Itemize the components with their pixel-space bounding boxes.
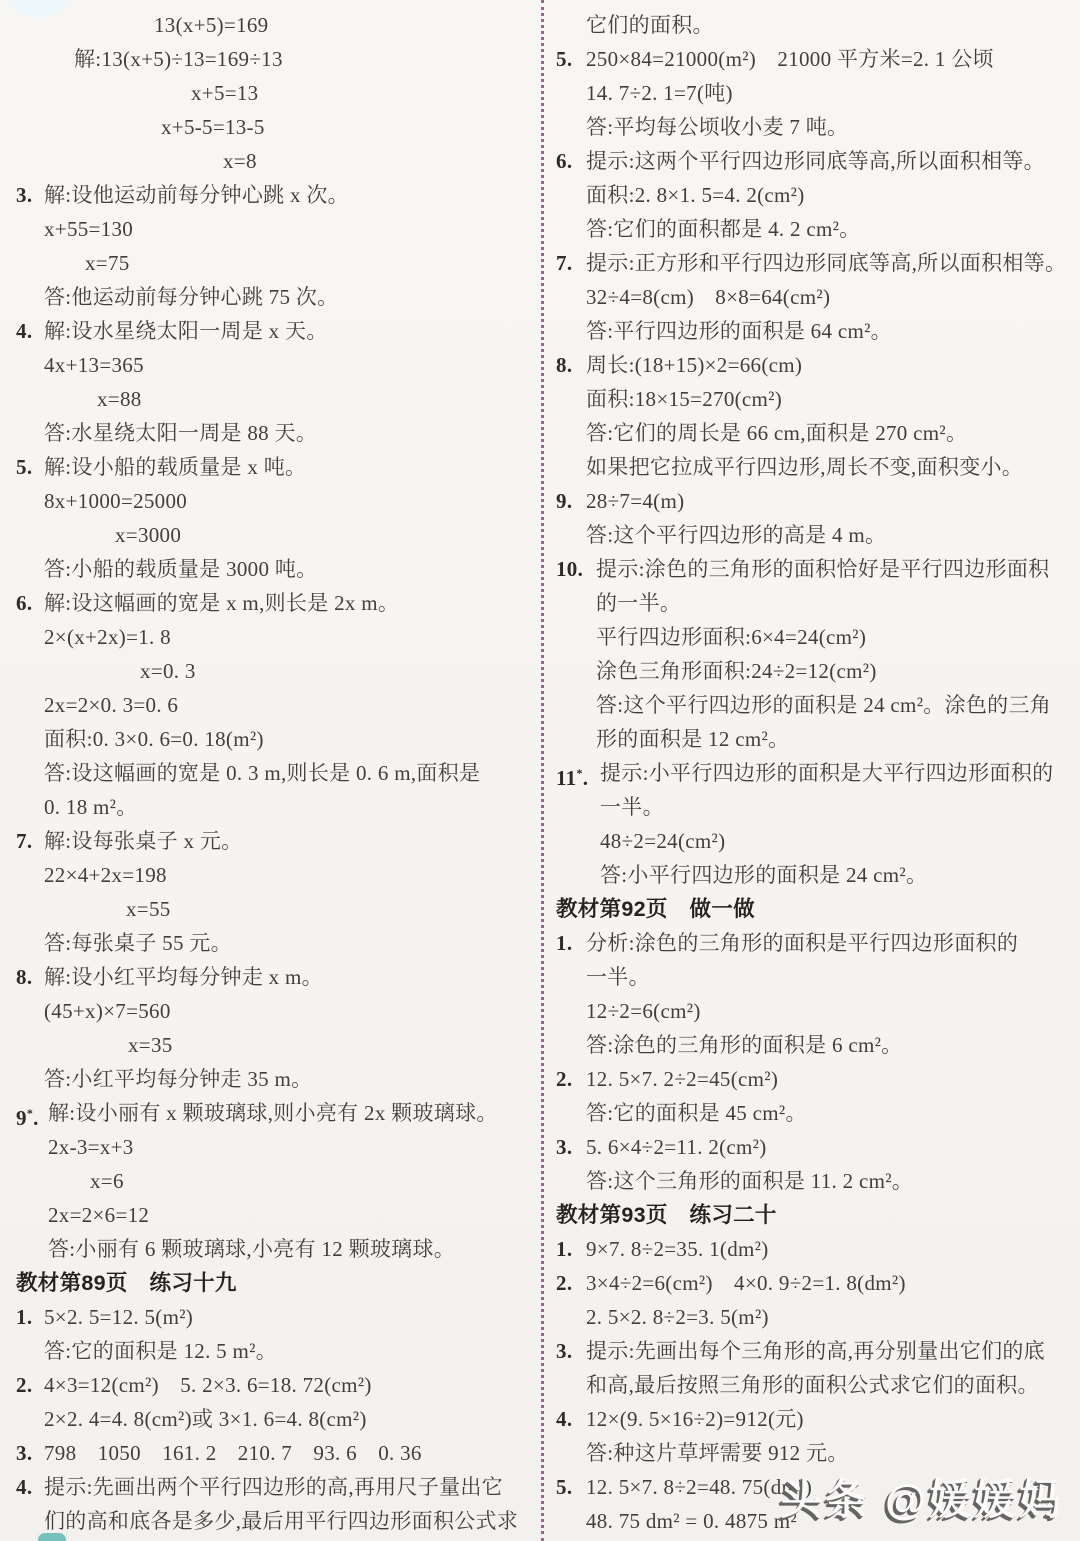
answer-line: x=35 [16, 1028, 528, 1062]
answer-line: x=3000 [16, 518, 528, 552]
answer-line: 2x=2×6=12 [16, 1198, 528, 1232]
answer-line: x=75 [16, 246, 528, 280]
answer-text: 提示:这两个平行四边形同底等高,所以面积相等。 [586, 149, 1045, 173]
answer-line: 答:小红平均每分钟走 35 m。 [16, 1062, 528, 1096]
answer-line: 3.5. 6×4÷2=11. 2(cm²) [556, 1130, 1072, 1164]
answer-text: 22×4+2x=198 [44, 863, 167, 887]
answer-text: 它们的面积。 [586, 13, 714, 37]
answer-text: 答:种这片草坪需要 912 元。 [586, 1441, 849, 1465]
answer-text: 提示:正方形和平行四边形同底等高,所以面积相等。 [586, 251, 1066, 275]
item-number: 2. [556, 1266, 572, 1300]
answer-text: 14. 7÷2. 1=7(吨) [586, 81, 733, 105]
answer-text: 解:设每张桌子 x 元。 [44, 829, 242, 853]
answer-line: 10.提示:涂色的三角形的面积恰好是平行四边形面积 [556, 552, 1072, 586]
answer-text: 2. 5×2. 8÷2=3. 5(m²) [586, 1305, 769, 1329]
answer-line: 2×(x+2x)=1. 8 [16, 620, 528, 654]
item-number: 3. [16, 1436, 32, 1470]
answer-line: 答:涂色的三角形的面积是 6 cm²。 [556, 1028, 1072, 1062]
answer-line: 形的面积是 12 cm²。 [556, 722, 1072, 756]
answer-line: 7.提示:正方形和平行四边形同底等高,所以面积相等。 [556, 246, 1072, 280]
item-number: 3. [16, 178, 32, 212]
answer-text: 2×2. 4=4. 8(cm²)或 3×1. 6=4. 8(cm²) [44, 1407, 367, 1431]
answer-text: x=35 [128, 1033, 173, 1057]
answer-text: 答:它的面积是 12. 5 m²。 [44, 1339, 277, 1363]
answer-line: 8x+1000=25000 [16, 484, 528, 518]
answer-line: 一半。 [556, 960, 1072, 994]
answer-line: 和高,最后按照三角形的面积公式求它们的面积。 [556, 1368, 1072, 1402]
answer-line: 答:小船的载质量是 3000 吨。 [16, 552, 528, 586]
answer-line: 4.提示:先画出两个平行四边形的高,再用尺子量出它 [16, 1470, 528, 1504]
answer-text: 12×(9. 5×16÷2)=912(元) [586, 1407, 804, 1431]
item-number: 6. [16, 586, 32, 620]
section-heading: 教材第89页 练习十九 [16, 1266, 528, 1300]
answer-text: 答:这个三角形的面积是 11. 2 cm²。 [586, 1169, 913, 1193]
answer-text: 解:设他运动前每分钟心跳 x 次。 [44, 183, 349, 207]
answer-line: 7.解:设每张桌子 x 元。 [16, 824, 528, 858]
answer-text: 一半。 [586, 965, 650, 989]
answer-text: 答:每张桌子 55 元。 [44, 931, 232, 955]
answer-line: 答:它们的周长是 66 cm,面积是 270 cm²。 [556, 416, 1072, 450]
item-number: 3. [556, 1334, 572, 1368]
answer-text: 12. 5×7. 8÷2=48. 75(dm²) [586, 1475, 812, 1499]
answer-text: 48÷2=24(cm²) [600, 829, 725, 853]
answer-text: 8x+1000=25000 [44, 489, 187, 513]
answer-text: x=6 [90, 1169, 124, 1193]
answer-text: 答:这个平行四边形的高是 4 m。 [586, 523, 886, 547]
answer-line: x=8 [16, 144, 528, 178]
answer-text: 2x=2×0. 3=0. 6 [44, 693, 178, 717]
item-number: 1. [556, 1232, 572, 1266]
answer-line: 答:平均每公顷收小麦 7 吨。 [556, 110, 1072, 144]
answer-text: 一半。 [600, 795, 664, 819]
column-divider [541, 0, 544, 1541]
answer-text: 答:平行四边形的面积是 64 cm²。 [586, 319, 892, 343]
answer-line: 答:小平行四边形的面积是 24 cm²。 [556, 858, 1072, 892]
answer-text: 涂色三角形面积:24÷2=12(cm²) [596, 659, 877, 683]
answer-text: 解:设小红平均每分钟走 x m。 [44, 965, 323, 989]
answer-text: 答:它的面积是 45 cm²。 [586, 1101, 807, 1125]
answer-line: 平行四边形面积:6×4=24(cm²) [556, 620, 1072, 654]
answer-line: 答:他运动前每分钟心跳 75 次。 [16, 280, 528, 314]
answer-text: x+5-5=13-5 [161, 115, 265, 139]
heading-text: 教材第89页 练习十九 [16, 1271, 237, 1295]
answer-line: 9*.解:设小丽有 x 颗玻璃球,则小亮有 2x 颗玻璃球。 [16, 1096, 528, 1130]
answers-column-right: 它们的面积。5.250×84=21000(m²) 21000 平方米=2. 1 … [556, 8, 1072, 1538]
answer-line: 它们的面积。 [556, 8, 1072, 42]
answer-text: 2×(x+2x)=1. 8 [44, 625, 171, 649]
answer-line: x+5=13 [16, 76, 528, 110]
item-number: 8. [16, 960, 32, 994]
answer-line: 4.解:设水星绕太阳一周是 x 天。 [16, 314, 528, 348]
watermark: 头条 @媛媛妈 [780, 1467, 1064, 1527]
answer-text: 答:小红平均每分钟走 35 m。 [44, 1067, 312, 1091]
answer-text: 250×84=21000(m²) 21000 平方米=2. 1 公顷 [586, 47, 994, 71]
answer-line: 答:这个平行四边形的面积是 24 cm²。涂色的三角 [556, 688, 1072, 722]
answer-text: 9×7. 8÷2=35. 1(dm²) [586, 1237, 769, 1261]
answer-text: 5. 6×4÷2=11. 2(cm²) [586, 1135, 767, 1159]
answer-text: 解:设这幅画的宽是 x m,则长是 2x m。 [44, 591, 399, 615]
item-number: 5. [16, 450, 32, 484]
answer-line: 答:它的面积是 12. 5 m²。 [16, 1334, 528, 1368]
answer-text: 提示:涂色的三角形的面积恰好是平行四边形面积 [596, 557, 1049, 581]
answer-text: x+5=13 [191, 81, 259, 105]
answer-text: 答:他运动前每分钟心跳 75 次。 [44, 285, 338, 309]
item-number: 9. [556, 484, 572, 518]
answer-text: 面积:2. 8×1. 5=4. 2(cm²) [586, 183, 805, 207]
answer-text: 解:13(x+5)÷13=169÷13 [74, 47, 283, 71]
answer-line: x=88 [16, 382, 528, 416]
answer-text: 答:这个平行四边形的面积是 24 cm²。涂色的三角 [596, 693, 1051, 717]
answer-line: 1.9×7. 8÷2=35. 1(dm²) [556, 1232, 1072, 1266]
answer-line: 3.提示:先画出每个三角形的高,再分别量出它们的底 [556, 1334, 1072, 1368]
answer-text: 28÷7=4(m) [586, 489, 684, 513]
answer-line: 如果把它拉成平行四边形,周长不变,面积变小。 [556, 450, 1072, 484]
answer-text: 周长:(18+15)×2=66(cm) [586, 353, 802, 377]
answer-line: x=6 [16, 1164, 528, 1198]
section-heading: 教材第92页 做一做 [556, 892, 1072, 926]
answer-line: 5.250×84=21000(m²) 21000 平方米=2. 1 公顷 [556, 42, 1072, 76]
item-number: 1. [16, 1300, 32, 1334]
heading-text: 教材第92页 做一做 [556, 897, 755, 921]
answer-line: 8.周长:(18+15)×2=66(cm) [556, 348, 1072, 382]
answer-line: 一半。 [556, 790, 1072, 824]
answer-line: 4x+13=365 [16, 348, 528, 382]
answer-text: 答:小平行四边形的面积是 24 cm²。 [600, 863, 927, 887]
item-number: 10. [556, 552, 583, 586]
answer-line: 答:它们的面积都是 4. 2 cm²。 [556, 212, 1072, 246]
answer-line: 答:这个三角形的面积是 11. 2 cm²。 [556, 1164, 1072, 1198]
page-decoration-bottom-left [38, 1533, 66, 1541]
answer-line: 9.28÷7=4(m) [556, 484, 1072, 518]
answer-line: x=0. 3 [16, 654, 528, 688]
answer-line: 12÷2=6(cm²) [556, 994, 1072, 1028]
answer-text: 和高,最后按照三角形的面积公式求它们的面积。 [586, 1373, 1039, 1397]
item-number: 5. [556, 1470, 572, 1504]
answer-line: 2×2. 4=4. 8(cm²)或 3×1. 6=4. 8(cm²) [16, 1402, 528, 1436]
answer-text: 798 1050 161. 2 210. 7 93. 6 0. 36 [44, 1441, 422, 1465]
answer-text: 13(x+5)=169 [154, 13, 268, 37]
answer-text: 答:小丽有 6 颗玻璃球,小亮有 12 颗玻璃球。 [48, 1237, 455, 1261]
answer-text: 面积:18×15=270(cm²) [586, 387, 782, 411]
answer-text: x+55=130 [44, 217, 133, 241]
answer-line: 3.解:设他运动前每分钟心跳 x 次。 [16, 178, 528, 212]
answer-text: 们的高和底各是多少,最后用平行四边形面积公式求 [44, 1509, 518, 1533]
answer-text: 解:设小丽有 x 颗玻璃球,则小亮有 2x 颗玻璃球。 [48, 1101, 498, 1125]
answer-line: 22×4+2x=198 [16, 858, 528, 892]
answer-text: 32÷4=8(cm) 8×8=64(cm²) [586, 285, 830, 309]
item-number: 5. [556, 42, 572, 76]
answer-text: 分析:涂色的三角形的面积是平行四边形面积的 [586, 931, 1018, 955]
answer-text: 12. 5×7. 2÷2=45(cm²) [586, 1067, 778, 1091]
item-number: 2. [16, 1368, 32, 1402]
answer-text: 提示:小平行四边形的面积是大平行四边形面积的 [600, 761, 1053, 785]
answer-line: 答:这个平行四边形的高是 4 m。 [556, 518, 1072, 552]
item-number: 4. [556, 1402, 572, 1436]
answer-line: 14. 7÷2. 1=7(吨) [556, 76, 1072, 110]
answer-text: 形的面积是 12 cm²。 [596, 727, 789, 751]
item-number: 2. [556, 1062, 572, 1096]
answer-text: 5×2. 5=12. 5(m²) [44, 1305, 193, 1329]
answer-text: 答:它们的面积都是 4. 2 cm²。 [586, 217, 861, 241]
answer-text: 面积:0. 3×0. 6=0. 18(m²) [44, 727, 264, 751]
answer-text: x=0. 3 [140, 659, 196, 683]
answer-text: 48. 75 dm² = 0. 4875 m² [586, 1509, 797, 1533]
answer-line: x+5-5=13-5 [16, 110, 528, 144]
item-number: 1. [556, 926, 572, 960]
answer-text: 答:涂色的三角形的面积是 6 cm²。 [586, 1033, 902, 1057]
answer-line: 答:平行四边形的面积是 64 cm²。 [556, 314, 1072, 348]
answer-line: 11*.提示:小平行四边形的面积是大平行四边形面积的 [556, 756, 1072, 790]
answer-text: 解:设水星绕太阳一周是 x 天。 [44, 319, 328, 343]
answer-text: 0. 18 m²。 [44, 795, 138, 819]
textbook-answer-page: 13(x+5)=169解:13(x+5)÷13=169÷13x+5=13x+5-… [0, 0, 1080, 1541]
answer-text: 12÷2=6(cm²) [586, 999, 701, 1023]
answer-line: 2x-3=x+3 [16, 1130, 528, 1164]
answer-line: 2.4×3=12(cm²) 5. 2×3. 6=18. 72(cm²) [16, 1368, 528, 1402]
answer-text: 答:小船的载质量是 3000 吨。 [44, 557, 317, 581]
answer-text: 平行四边形面积:6×4=24(cm²) [596, 625, 866, 649]
answer-line: 3.798 1050 161. 2 210. 7 93. 6 0. 36 [16, 1436, 528, 1470]
answer-line: 涂色三角形面积:24÷2=12(cm²) [556, 654, 1072, 688]
answer-line: 2x=2×0. 3=0. 6 [16, 688, 528, 722]
answer-line: 2.12. 5×7. 2÷2=45(cm²) [556, 1062, 1072, 1096]
answer-text: (45+x)×7=560 [44, 999, 171, 1023]
answer-line: (45+x)×7=560 [16, 994, 528, 1028]
answer-line: 6.解:设这幅画的宽是 x m,则长是 2x m。 [16, 586, 528, 620]
item-number: 7. [556, 246, 572, 280]
answer-text: 提示:先画出两个平行四边形的高,再用尺子量出它 [44, 1475, 503, 1499]
section-heading: 教材第93页 练习二十 [556, 1198, 1072, 1232]
answer-text: x=3000 [115, 523, 181, 547]
answer-line: x=55 [16, 892, 528, 926]
answer-text: 答:平均每公顷收小麦 7 吨。 [586, 115, 848, 139]
answer-line: 们的高和底各是多少,最后用平行四边形面积公式求 [16, 1504, 528, 1538]
answer-line: 2.3×4÷2=6(cm²) 4×0. 9÷2=1. 8(dm²) [556, 1266, 1072, 1300]
answer-text: 2x-3=x+3 [48, 1135, 134, 1159]
item-number: 4. [16, 314, 32, 348]
answer-line: 的一半。 [556, 586, 1072, 620]
answer-line: 5.解:设小船的载质量是 x 吨。 [16, 450, 528, 484]
answer-line: 1.分析:涂色的三角形的面积是平行四边形面积的 [556, 926, 1072, 960]
answer-text: x=8 [223, 149, 257, 173]
answer-line: 6.提示:这两个平行四边形同底等高,所以面积相等。 [556, 144, 1072, 178]
answer-text: 答:它们的周长是 66 cm,面积是 270 cm²。 [586, 421, 967, 445]
answer-text: 2x=2×6=12 [48, 1203, 149, 1227]
answer-text: 4×3=12(cm²) 5. 2×3. 6=18. 72(cm²) [44, 1373, 372, 1397]
answer-line: 0. 18 m²。 [16, 790, 528, 824]
answer-text: 3×4÷2=6(cm²) 4×0. 9÷2=1. 8(dm²) [586, 1271, 906, 1295]
answer-text: 解:设小船的载质量是 x 吨。 [44, 455, 306, 479]
answer-text: 如果把它拉成平行四边形,周长不变,面积变小。 [586, 455, 1023, 479]
answer-line: 48÷2=24(cm²) [556, 824, 1072, 858]
answer-text: 答:水星绕太阳一周是 88 天。 [44, 421, 317, 445]
answers-column-left: 13(x+5)=169解:13(x+5)÷13=169÷13x+5=13x+5-… [16, 8, 528, 1538]
item-number: 6. [556, 144, 572, 178]
answer-line: 32÷4=8(cm) 8×8=64(cm²) [556, 280, 1072, 314]
answer-text: 的一半。 [596, 591, 681, 615]
answer-line: 答:设这幅画的宽是 0. 3 m,则长是 0. 6 m,面积是 [16, 756, 528, 790]
answer-line: 解:13(x+5)÷13=169÷13 [16, 42, 528, 76]
answer-line: 答:每张桌子 55 元。 [16, 926, 528, 960]
answer-text: 提示:先画出每个三角形的高,再分别量出它们的底 [586, 1339, 1045, 1363]
answer-line: x+55=130 [16, 212, 528, 246]
answer-line: 面积:2. 8×1. 5=4. 2(cm²) [556, 178, 1072, 212]
answer-line: 13(x+5)=169 [16, 8, 528, 42]
heading-text: 教材第93页 练习二十 [556, 1203, 777, 1227]
answer-line: 答:它的面积是 45 cm²。 [556, 1096, 1072, 1130]
answer-line: 1.5×2. 5=12. 5(m²) [16, 1300, 528, 1334]
answer-line: 4.12×(9. 5×16÷2)=912(元) [556, 1402, 1072, 1436]
item-number: 4. [16, 1470, 32, 1504]
answer-text: 4x+13=365 [44, 353, 144, 377]
answer-line: 答:水星绕太阳一周是 88 天。 [16, 416, 528, 450]
answer-line: 答:小丽有 6 颗玻璃球,小亮有 12 颗玻璃球。 [16, 1232, 528, 1266]
answer-line: 2. 5×2. 8÷2=3. 5(m²) [556, 1300, 1072, 1334]
answer-text: x=75 [85, 251, 130, 275]
answer-line: 8.解:设小红平均每分钟走 x m。 [16, 960, 528, 994]
answer-line: 面积:0. 3×0. 6=0. 18(m²) [16, 722, 528, 756]
answer-line: 答:种这片草坪需要 912 元。 [556, 1436, 1072, 1470]
answer-line: 面积:18×15=270(cm²) [556, 382, 1072, 416]
item-number: 8. [556, 348, 572, 382]
answer-text: x=88 [97, 387, 142, 411]
answer-text: 答:设这幅画的宽是 0. 3 m,则长是 0. 6 m,面积是 [44, 761, 480, 785]
item-number: 7. [16, 824, 32, 858]
item-number: 3. [556, 1130, 572, 1164]
answer-text: x=55 [126, 897, 171, 921]
